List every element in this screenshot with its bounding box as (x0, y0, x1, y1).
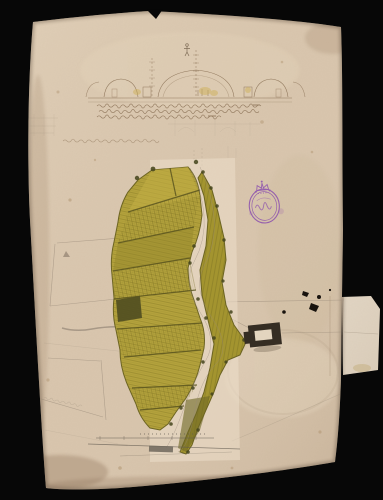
dark-parcel (116, 296, 142, 322)
map-scan-canvas: R. 35 (0, 0, 383, 500)
scanned-manuscript-map: R. 35 (0, 0, 383, 500)
flap-stain (353, 364, 371, 372)
